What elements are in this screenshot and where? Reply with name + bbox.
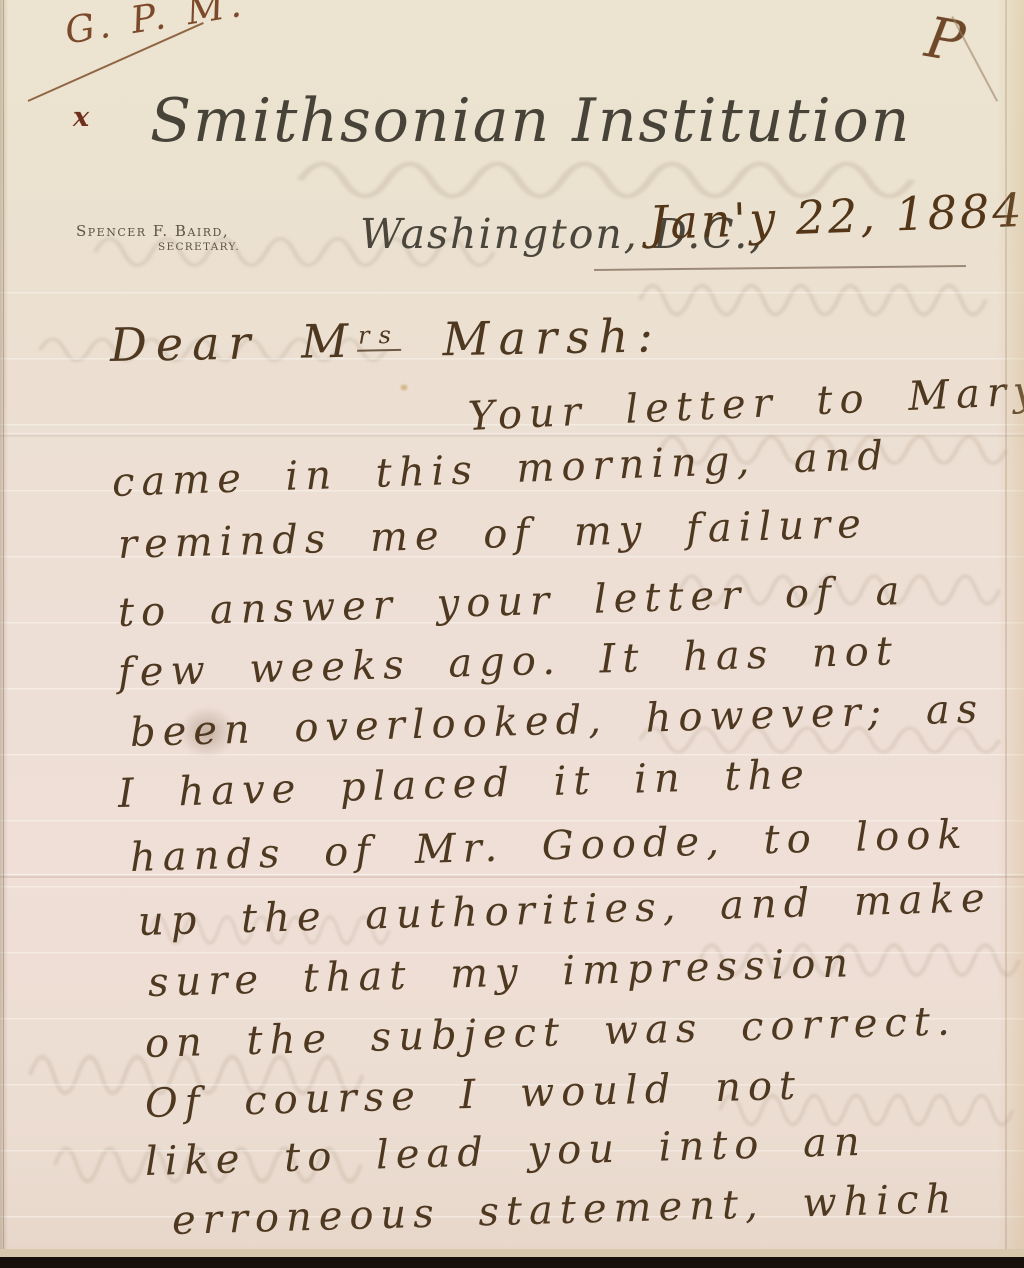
- page-left-edge-line: [3, 0, 4, 1268]
- paper-speck: [399, 383, 409, 392]
- page-right-edge-line: [1005, 0, 1007, 1268]
- salutation: Dear Mrs Marsh:: [110, 308, 663, 372]
- secretary-title: Secretary.: [158, 241, 240, 253]
- letter-page: G. P. M. x P Smithsonian Institution Spe…: [0, 0, 1024, 1268]
- page-left-edge: [0, 0, 8, 1268]
- secretary-name: Spencer F. Baird,: [76, 222, 229, 240]
- scan-background: [0, 1257, 1024, 1268]
- salutation-text: Marsh:: [400, 308, 662, 367]
- x-mark: x: [73, 102, 89, 133]
- salutation-text: Dear M: [110, 314, 358, 372]
- page-right-edge: [998, 0, 1024, 1268]
- salutation-superscript: rs: [357, 321, 401, 352]
- letterhead-title: Smithsonian Institution: [150, 86, 840, 156]
